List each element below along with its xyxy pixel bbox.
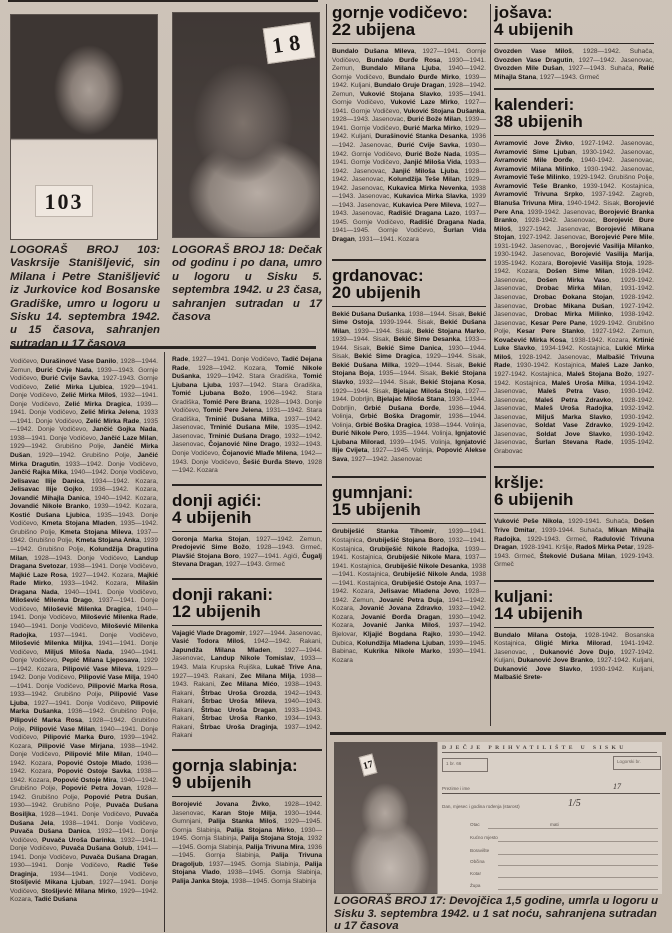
section-heading-kuljani: kuljani:14 ubijenih: [494, 582, 654, 627]
column-divider: [490, 4, 491, 726]
newspaper-page: 103 LOGORAŠ BROJ 103: Vaskrsije Stanišlj…: [0, 0, 672, 933]
section-list-gornja-slabinja: Borojević Jovana Živko, 1928—1942. Jasen…: [172, 801, 322, 886]
section-heading-gornja-slabinja: gornja slabinja:9 ubijenih: [172, 751, 322, 796]
column-2: Rade, 1927—1941. Donje Vodičevo, Tadić D…: [172, 356, 322, 886]
victim-list-continued: Vodičevo, Durašinovć Vase Danilo, 1928—1…: [10, 358, 158, 905]
column-divider: [164, 352, 165, 932]
field-father: Otac: [470, 822, 480, 827]
section-list-grdanovac: Bekić Dušana Dušanka, 1938—1944. Sisak, …: [332, 311, 486, 465]
camp-number-box: Logorski br.: [613, 756, 661, 770]
caption-prisoner-17: LOGORAŠ BROJ 17: Devojčica 1,5 godine, u…: [334, 895, 664, 933]
section-list-josava: Gvozden Vase Miloš, 1928—1942. Suhača, G…: [494, 48, 654, 82]
record-number-box: 1 br. 66: [442, 758, 488, 772]
field-municipality: Občina: [470, 859, 485, 864]
section-list-gumnjani: Grubiješić Stanka Tihomir, 1939—1941. Ko…: [332, 528, 486, 665]
surname-label: Prezime i ime: [442, 786, 470, 791]
section-list-kalenderi: Avramović Jove Živko, 1927-1942. Jasenov…: [494, 140, 654, 456]
section-heading-gumnjani: gumnjani:15 ubijenih: [332, 478, 486, 523]
section-heading-josava: jošava:4 ubijenih: [494, 0, 654, 43]
birth-label: Dan, mjesec i godina rođenja (starost): [442, 804, 520, 809]
prisoner-number-card: 103: [35, 185, 93, 217]
victim-list-continued: Rade, 1927—1941. Donje Vodičevo, Tadić D…: [172, 356, 322, 476]
record-card-title: DJEČJE PRIHVATILIŠTE U SISKU: [442, 745, 657, 753]
section-divider: [330, 732, 666, 735]
section-heading-grdanovac: grdanovac:20 ubijenih: [332, 261, 486, 306]
section-heading-gornje-vodicevo: gornje vodičevo:22 ubijena: [332, 0, 486, 43]
section-heading-donji-agici: donji agići:4 ubijenih: [172, 486, 322, 531]
photo-prisoner-18: 18: [172, 12, 320, 238]
field-parish: Župa: [470, 883, 480, 888]
column-divider: [326, 4, 327, 932]
prisoner-number-card: 18: [263, 22, 316, 64]
field-mother: mati: [550, 822, 559, 827]
top-divider: [8, 0, 318, 2]
caption-prisoner-103: LOGORAŠ BROJ 103: Vaskrsije Stanišljević…: [10, 244, 160, 351]
column-4: jošava:4 ubijenih Gvozden Vase Miloš, 19…: [494, 0, 654, 683]
camp-record-card: DJEČJE PRIHVATILIŠTE U SISKU 1 br. 66 Lo…: [437, 742, 662, 894]
caption-prisoner-18: LOGORAŠ BROJ 18: Dečak od godinu i po da…: [172, 244, 322, 324]
section-heading-donji-rakani: donji rakani:12 ubijenih: [172, 580, 322, 625]
section-heading-kalenderi: kalenderi:38 ubijenih: [494, 90, 654, 135]
section-heading-krslje: kršlje:6 ubijenih: [494, 468, 654, 513]
section-list-gornje-vodicevo: Bundalo Dušana Mileva, 1927—1941. Gornje…: [332, 48, 486, 245]
section-list-donji-rakani: Vajagić Vlade Dragomir, 1927—1944. Jasen…: [172, 630, 322, 741]
field-home: Kućno mjesto: [470, 835, 498, 840]
photo-prisoner-103: 103: [10, 14, 158, 240]
surname-handwritten: 17: [613, 782, 621, 791]
section-list-kuljani: Bundalo Milana Ostoja, 1928-1942. Bosans…: [494, 632, 654, 683]
field-district: Kotar: [470, 871, 481, 876]
section-divider: [10, 346, 316, 349]
birth-handwritten: 1/5: [568, 798, 581, 809]
section-list-donji-agici: Goronja Marka Stojan, 1927—1942. Zemun, …: [172, 536, 322, 570]
photo-prisoner-17: 17: [334, 742, 438, 894]
field-residence: Boravište: [470, 848, 489, 853]
column-3: gornje vodičevo:22 ubijena Bundalo Dušan…: [332, 0, 486, 665]
section-list-krslje: Vuković Peše Nikola, 1929-1941. Suhača, …: [494, 518, 654, 569]
